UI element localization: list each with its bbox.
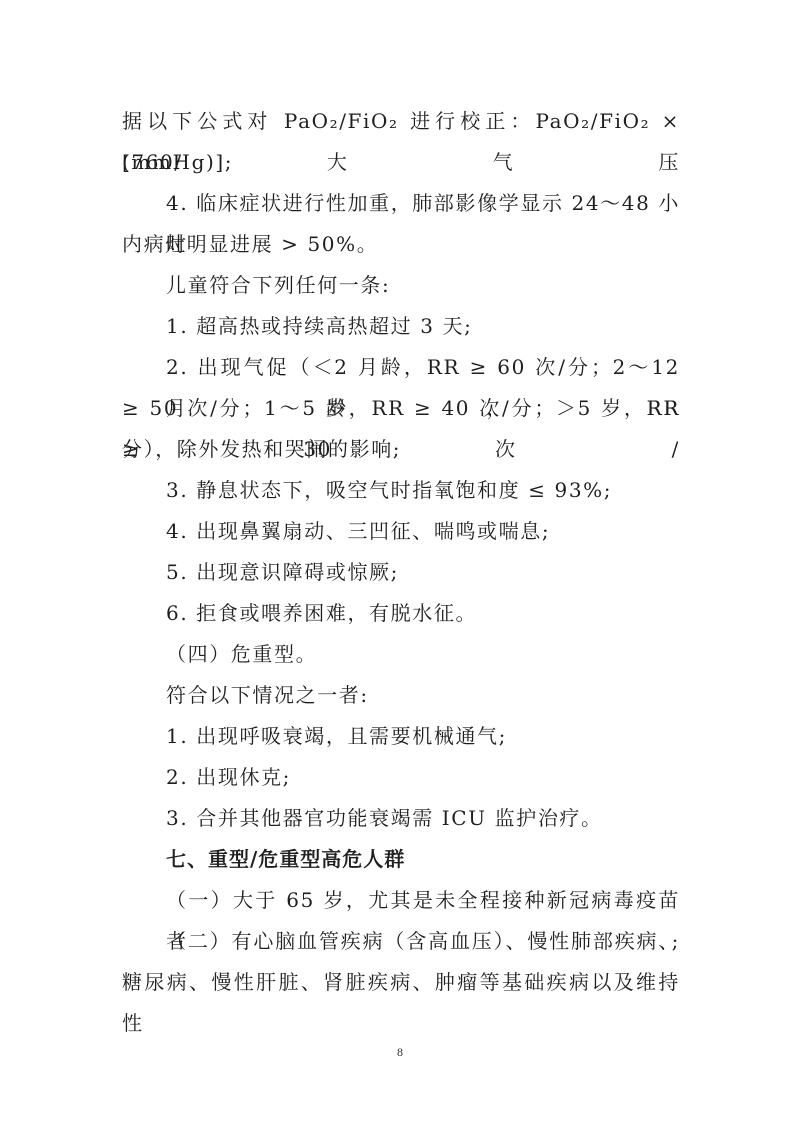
section-heading-high-risk-groups: 七、重型/危重型高危人群 (122, 839, 680, 880)
document-page: 据以下公式对 PaO₂/FiO₂ 进行校正：PaO₂/FiO₂ × [760/大… (0, 0, 800, 1131)
list-item-child-1: 1. 超高热或持续高热超过 3 天; (122, 306, 680, 347)
list-item-critical-2: 2. 出现休克; (122, 757, 680, 798)
list-item-child-2: 2. 出现气促（＜2 月龄，RR ≥ 60 次/分；2～12 月龄，RR (122, 347, 680, 388)
list-item-child-2-continuation-a: ≥ 50 次/分；1～5 岁，RR ≥ 40 次/分；＞5 岁，RR ≥ 30 … (122, 388, 680, 429)
list-item-high-risk-2: （二）有心脑血管疾病（含高血压）、慢性肺部疾病、 (122, 921, 680, 962)
list-item-child-5: 5. 出现意识障碍或惊厥; (122, 552, 680, 593)
page-number: 8 (0, 1045, 800, 1060)
text-line-item-4-progression: 4. 临床症状进行性加重，肺部影像学显示 24～48 小时 (122, 183, 680, 224)
list-item-child-4: 4. 出现鼻翼扇动、三凹征、喘鸣或喘息; (122, 511, 680, 552)
list-item-child-3: 3. 静息状态下，吸空气时指氧饱和度 ≤ 93%; (122, 470, 680, 511)
list-item-high-risk-2-continuation: 糖尿病、慢性肝脏、肾脏疾病、肿瘤等基础疾病以及维持性 (122, 962, 680, 1003)
text-line-children-criteria-intro: 儿童符合下列任何一条: (122, 265, 680, 306)
document-body: 据以下公式对 PaO₂/FiO₂ 进行校正：PaO₂/FiO₂ × [760/大… (122, 101, 680, 1003)
text-line-critical-criteria-intro: 符合以下情况之一者: (122, 675, 680, 716)
text-line-item-4-continuation: 内病灶明显进展 > 50%。 (122, 224, 680, 265)
list-item-critical-1: 1. 出现呼吸衰竭，且需要机械通气; (122, 716, 680, 757)
list-item-child-6: 6. 拒食或喂养困难，有脱水征。 (122, 593, 680, 634)
text-line-formula-correction: 据以下公式对 PaO₂/FiO₂ 进行校正：PaO₂/FiO₂ × [760/大… (122, 101, 680, 142)
section-heading-critical-type: （四）危重型。 (122, 634, 680, 675)
list-item-critical-3: 3. 合并其他器官功能衰竭需 ICU 监护治疗。 (122, 798, 680, 839)
list-item-high-risk-1: （一）大于 65 岁，尤其是未全程接种新冠病毒疫苗者; (122, 880, 680, 921)
